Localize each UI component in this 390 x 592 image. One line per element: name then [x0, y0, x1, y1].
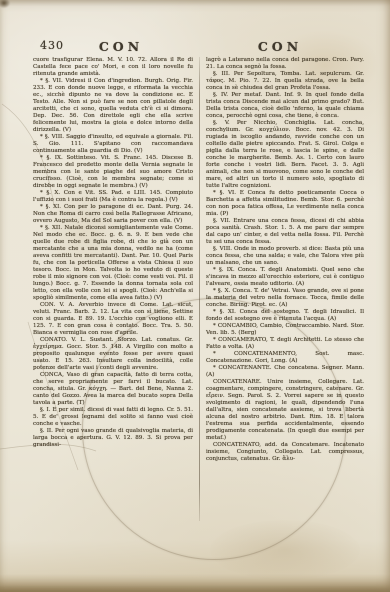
- text-paragraph: cuore trasfigurar Elena. M. V. 10. 72. A…: [33, 57, 193, 78]
- text-paragraph: §. V. Per Nicchio, Conchiglia. Lat. conc…: [206, 120, 364, 190]
- running-head-right: CON: [235, 39, 325, 54]
- text-paragraph: CON. V. A. Avverbio invece di Come. Lat.…: [33, 302, 193, 337]
- text-paragraph: CONCATENATO, add. da Concatenare. Incate…: [206, 442, 364, 463]
- text-paragraph: * CONCAMERATO, T. degli Architetti. Lo s…: [206, 337, 364, 351]
- text-paragraph: §. I. E per simil. dicesi di vasi fatti …: [33, 407, 193, 428]
- text-paragraph: * §. VIII. Saggio d'insulto, ed equivale…: [33, 134, 193, 155]
- text-paragraph: * CONCATENAMENTO, Sost. masc. Concatenaz…: [206, 351, 364, 365]
- text-paragraph: * §. XII. Natale diconsi somigliantement…: [33, 225, 193, 302]
- column-right: lagrò a Laterano nella conca del paragon…: [206, 57, 364, 463]
- text-paragraph: lagrò a Laterano nella conca del paragon…: [206, 57, 364, 71]
- text-paragraph: * §. X. Con e Vit. SS. Pad. e LIII. 145.…: [33, 190, 193, 204]
- paper-stain: [210, 520, 360, 580]
- page-header: 430 CON CON: [0, 39, 390, 55]
- text-paragraph: §. VIII. Onde in modo proverb. si dice: …: [206, 246, 364, 267]
- text-paragraph: §. VII. Entrare una conca fessa, dicesi …: [206, 218, 364, 246]
- text-paragraph: §. II. Per ogni vaso grande di qualsivog…: [33, 428, 193, 449]
- text-paragraph: §. III. Per Sepoltura, Tomba. Lat. sepul…: [206, 71, 364, 92]
- running-head-left: CON: [76, 39, 166, 54]
- text-paragraph: * §. XI. Conca del sostegno. T. degli Id…: [206, 309, 364, 323]
- scanned-book-page: 430 CON CON cuore trasfigurar Elena. M. …: [0, 0, 390, 592]
- text-paragraph: * §. VI. E Conca fu detto poeticamente C…: [206, 190, 364, 218]
- text-paragraph: CONCA, Vaso di gran capacità, fatto di t…: [33, 372, 193, 407]
- text-paragraph: * §. VII. Vidresi il Con d'ingredion. Bu…: [33, 78, 193, 134]
- text-paragraph: * §. IX. Sottinteso. Vit. S. Franc. 145.…: [33, 155, 193, 190]
- text-paragraph: * §. XI. Con per lo paragone di ec. Dant…: [33, 204, 193, 225]
- text-paragraph: * §. X. Conca. T. de' Vetrai. Vaso grand…: [206, 288, 364, 309]
- column-divider-rule: [199, 57, 200, 521]
- text-paragraph: CONCATENARE. Unire insieme, Collegare. L…: [206, 379, 364, 442]
- page-number: 430: [40, 39, 64, 52]
- text-paragraph: * CONCAMBIO, Cambio, Contraccambio. Nard…: [206, 323, 364, 337]
- text-paragraph: §. IV. Per metaf. Dant. Inf. 9. In quel …: [206, 92, 364, 120]
- text-paragraph: * §. IX. Conca. T. degli Anatomisti. Que…: [206, 267, 364, 288]
- corner-speck: [0, 0, 10, 8]
- column-left: cuore trasfigurar Elena. M. V. 10. 72. A…: [33, 57, 193, 449]
- text-paragraph: CONATO. V. L. Sustant. Sforzo. Lat. cona…: [33, 337, 193, 372]
- text-paragraph: * CONCATENANTE. Che concatena. Segner. M…: [206, 365, 364, 379]
